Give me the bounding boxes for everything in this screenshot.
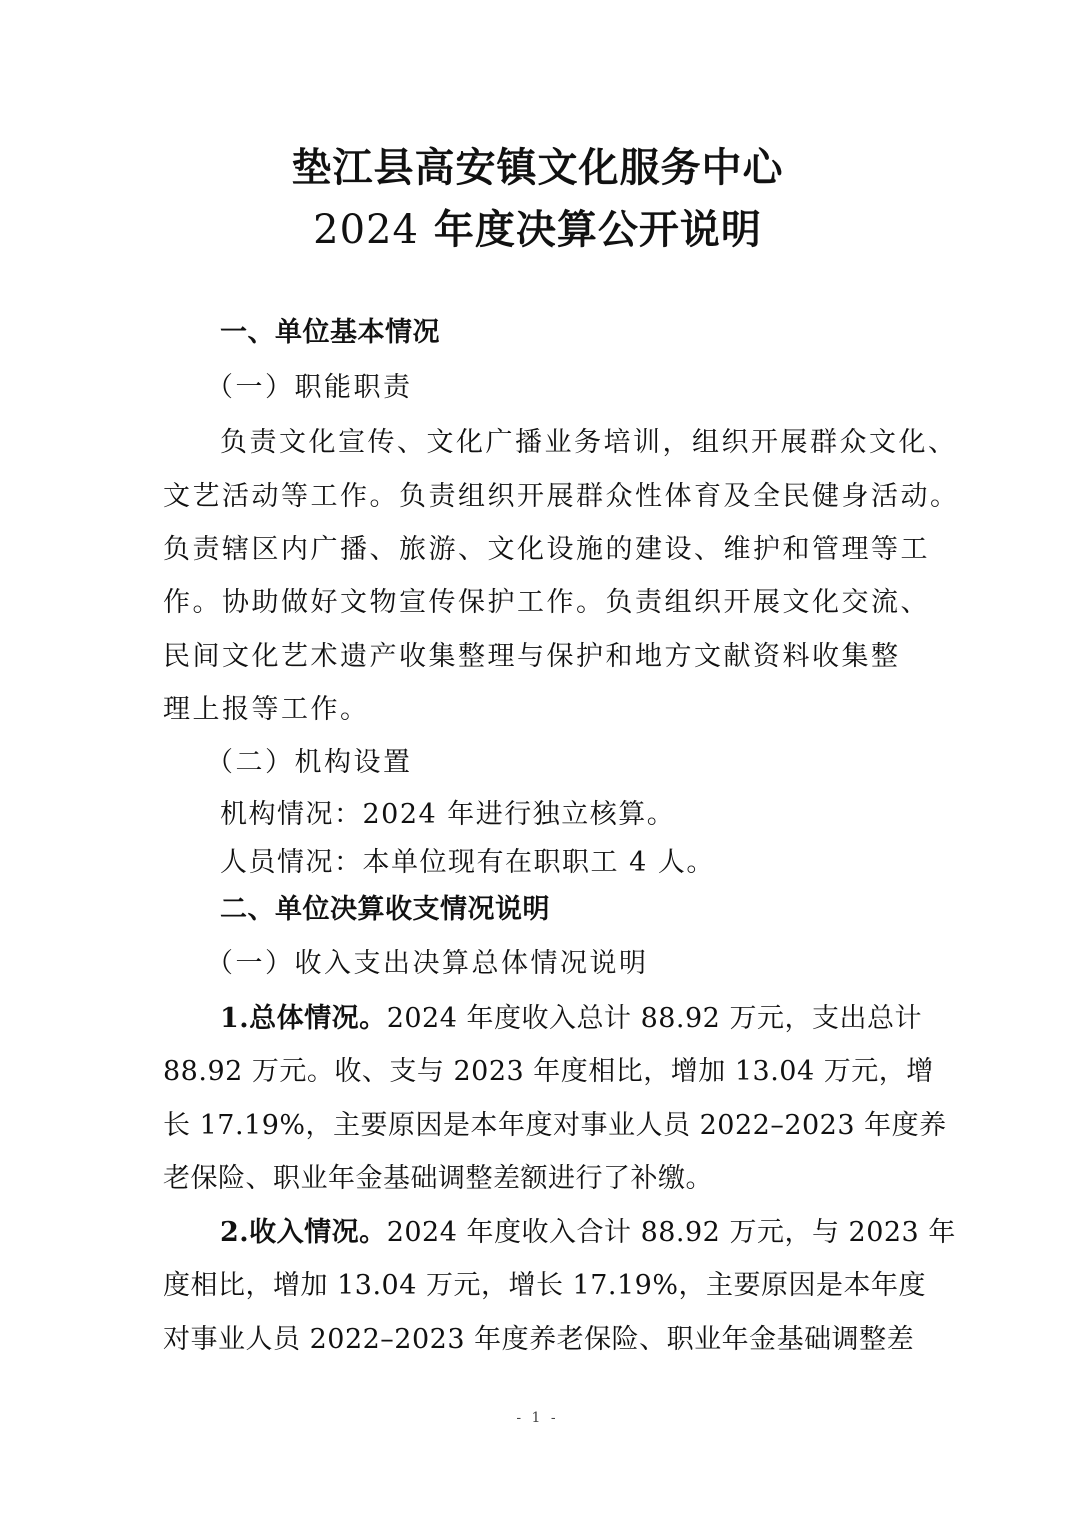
duties-paragraph-line: 理上报等工作。 bbox=[163, 687, 370, 726]
overall-paragraph-line: 长 17.19%，主要原因是本年度对事业人员 2022–2023 年度养 bbox=[163, 1103, 947, 1142]
duties-paragraph-line: 民间文化艺术遗产收集整理与保护和地方文献资料收集整 bbox=[163, 634, 901, 673]
income-paragraph-line: 2.收入情况。2024 年度收入合计 88.92 万元，与 2023 年 bbox=[220, 1210, 956, 1249]
subsection-heading-overview: （一）收入支出决算总体情况说明 bbox=[206, 941, 649, 980]
duties-paragraph-line: 作。协助做好文物宣传保护工作。负责组织开展文化交流、 bbox=[163, 580, 930, 619]
staff-status-text: 人员情况：本单位现有在职职工 4 人。 bbox=[220, 840, 715, 879]
income-text: 2024 年度收入合计 88.92 万元，与 2023 年 bbox=[387, 1217, 956, 1248]
page-number: - 1 - bbox=[0, 1410, 1075, 1426]
income-label: 2.收入情况。 bbox=[220, 1217, 387, 1248]
income-paragraph-line: 度相比，增加 13.04 万元，增长 17.19%，主要原因是本年度 bbox=[163, 1263, 926, 1302]
income-paragraph-line: 对事业人员 2022–2023 年度养老保险、职业年金基础调整差 bbox=[163, 1317, 914, 1356]
document-title-line2: 2024 年度决算公开说明 bbox=[0, 198, 1075, 255]
title-year: 2024 bbox=[313, 207, 419, 253]
subsection-heading-org: （二）机构设置 bbox=[206, 740, 413, 779]
section-heading-2: 二、单位决算收支情况说明 bbox=[220, 887, 550, 926]
document-title-line1: 垫江县高安镇文化服务中心 bbox=[0, 136, 1075, 193]
duties-paragraph-line: 负责辖区内广播、旅游、文化设施的建设、维护和管理等工 bbox=[163, 527, 930, 566]
duties-paragraph-line: 负责文化宣传、文化广播业务培训，组织开展群众文化、 bbox=[220, 420, 958, 459]
subsection-heading-duties: （一）职能职责 bbox=[206, 365, 413, 404]
overall-paragraph-line: 1.总体情况。2024 年度收入总计 88.92 万元，支出总计 bbox=[220, 996, 922, 1035]
section-heading-1: 一、单位基本情况 bbox=[220, 310, 440, 349]
overall-text: 2024 年度收入总计 88.92 万元，支出总计 bbox=[387, 1003, 922, 1034]
overall-paragraph-line: 88.92 万元。收、支与 2023 年度相比，增加 13.04 万元，增 bbox=[163, 1049, 934, 1088]
title-text: 年度决算公开说明 bbox=[419, 206, 762, 253]
overall-label: 1.总体情况。 bbox=[220, 1003, 387, 1034]
overall-paragraph-line: 老保险、职业年金基础调整差额进行了补缴。 bbox=[163, 1156, 713, 1195]
duties-paragraph-line: 文艺活动等工作。负责组织开展群众性体育及全民健身活动。 bbox=[163, 474, 960, 513]
org-status-text: 机构情况：2024 年进行独立核算。 bbox=[220, 792, 675, 831]
